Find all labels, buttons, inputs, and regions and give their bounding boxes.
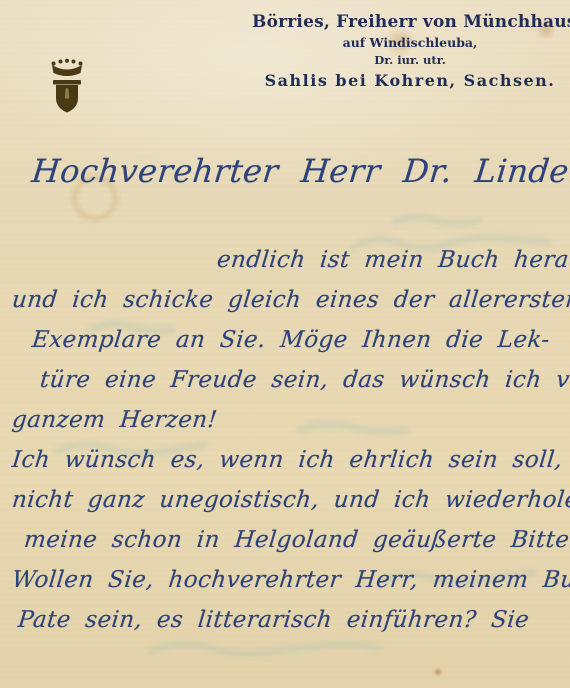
handwritten-line: nicht ganz unegoistisch, und ich wiederh… — [10, 480, 570, 520]
handwritten-line: Pate sein, es litterarisch einführen? Si… — [10, 600, 570, 640]
letterhead-estate: auf Windischleuba, — [252, 35, 568, 50]
handwritten-line: und ich schicke gleich eines der allerer… — [10, 280, 570, 320]
handwritten-line: meine schon in Helgoland geäußerte Bitte… — [10, 520, 570, 560]
handwritten-line: endlich ist mein Buch heraus — [10, 240, 570, 280]
coat-of-arms-icon — [50, 58, 84, 116]
letter-body: endlich ist mein Buch heraus und ich sch… — [10, 240, 570, 640]
letterhead-name: Börries, Freiherr von Münchhausen — [252, 12, 568, 32]
handwritten-line: türe eine Freude sein, das wünsch ich vo… — [10, 360, 570, 400]
salutation: Hochverehrter Herr Dr. Linden, — [30, 152, 570, 190]
handwritten-line: Ich wünsch es, wenn ich ehrlich sein sol… — [10, 440, 570, 480]
letterhead-title: Dr. iur. utr. — [252, 53, 568, 67]
letterhead: Börries, Freiherr von Münchhausen auf Wi… — [252, 12, 568, 90]
handwritten-line: ganzem Herzen! — [10, 400, 570, 440]
handwritten-line: Wollen Sie, hochverehrter Herr, meinem B… — [10, 560, 570, 600]
letterhead-address: Sahlis bei Kohren, Sachsen. — [252, 71, 568, 90]
letter-page: Börries, Freiherr von Münchhausen auf Wi… — [0, 0, 570, 688]
handwritten-line: Exemplare an Sie. Möge Ihnen die Lek- — [10, 320, 570, 360]
